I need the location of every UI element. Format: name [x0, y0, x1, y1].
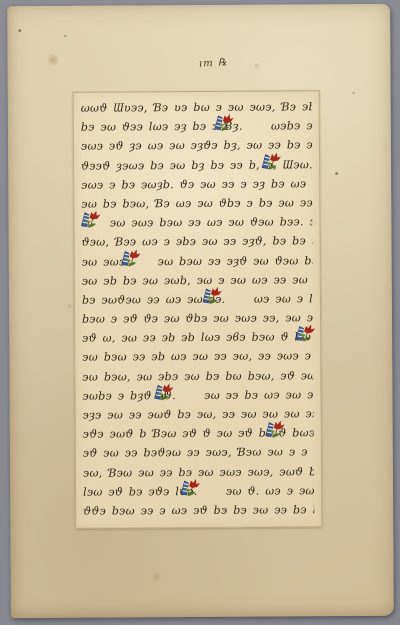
paper-stain: [45, 54, 60, 66]
manuscript-line: ϶ω b϶ω, ϶ω ϶b϶ ϶ω b϶ bω b϶ω, ϶ϑ ϶ω ϶ϑ ϶ω…: [82, 366, 313, 387]
manuscript-line: ϶ȝ϶ ϶ω ϶϶ ϶ωϑ b϶ ϶ω, ϶϶ ϶ω ϶ω ϶ω ϶϶ b϶ b…: [83, 404, 314, 425]
manuscript-line: ϑϑ϶ b϶ω ϶϶ ϶ ω϶ ϶ϑ b϶ b϶ ϶ω ϶϶ b϶ b϶ b϶ …: [83, 500, 314, 521]
manuscript-line: ϑ϶϶ϑ ȝ϶ω϶ b϶ ϶ω bȝ b϶ ϶϶ b, b, Ɯ϶ω. ϶ω ϑ: [81, 155, 312, 176]
manuscript-page: ım ℞ ωωϑ Ɯʋ϶϶, Ɓ϶ ʋ϶ bω ϶ ϶ω ϶ω϶, Ɓ϶ ϶b,…: [7, 4, 394, 618]
manuscript-line: ϶ω϶ ϶ b϶ ϶ωȝb. ϑ϶ ϶ω ϶϶ ϶ ϶ȝ b϶ ω϶ ϶ω, Ɓ…: [81, 174, 312, 195]
paper-stain: [353, 92, 355, 94]
manuscript-line: ϶ϑ ϶ω ϶϶ b϶ϑ϶ω ϶϶ ϶ω϶, Ɓ϶ω ϶ω ϶ ϶ b϶ω b϶…: [83, 443, 314, 464]
manuscript-line: ϶ω, Ɓ϶ω ϶ω ϶϶ b϶ ϶ω ϶ω϶ ϶ω϶, ϶ωϑ b϶ ȝ϶ω …: [83, 462, 314, 483]
paper-stain: [18, 29, 21, 32]
paper-stain: [67, 304, 72, 309]
manuscript-line: ϶ω b϶ω ϶϶ ϶b ω϶ ϶ω ϶϶ ϶ω, ϶϶ ϶ω϶ ϶ ω϶ ϶ω…: [82, 347, 313, 368]
manuscript-line: ϶ϑ ω, ϶ω ϶϶ ϶b ϶b lω϶ ϶ϐ϶ b϶ω ϑ bω ϶ω.: [82, 328, 313, 349]
gray-mount-background: ım ℞ ωωϑ Ɯʋ϶϶, Ɓ϶ ʋ϶ bω ϶ ϶ω ϶ω϶, Ɓ϶ ϶b,…: [0, 0, 400, 625]
manuscript-line: ϶ϑ϶ ϶ωϑ b Ɓ϶ω ϶ϑ ϑ ϶ω ϶ϑ b϶ ϑ bω϶. Ɓ϶ω ϶…: [83, 423, 314, 444]
header-inscription: ım ℞: [183, 56, 244, 72]
manuscript-line: b϶ ϶ω ϑ϶϶ lω϶ ϶ȝ b϶ ϶ Ɓȝ. ω϶b϶ ϶ ϶b ϶: [81, 117, 312, 138]
text-panel: ωωϑ Ɯʋ϶϶, Ɓ϶ ʋ϶ bω ϶ ϶ω ϶ω϶, Ɓ϶ ϶b, bω ϶…: [73, 90, 323, 529]
manuscript-line: l϶ω ϶ϑ b϶ ϶ϑ϶ lϑ϶. ϶ω ϑ. ω϶ ϶ ϶ω ϶϶ ϶ω ϶…: [83, 481, 314, 502]
manuscript-line: b϶ ϶ωϑ϶ω ϶϶ ω϶ ϶ω ϶϶. ω϶ ϶ω ϶ lω϶ l϶ω ϶ω: [82, 289, 313, 310]
manuscript-line: ϶ω ϶ω϶. ϶ω b϶ω ϶϶ ϶ȝϑ ϶ω ϑ϶ω b϶϶ ϶ϑ, b϶ …: [82, 251, 313, 272]
manuscript-line: ϶ω ϶b b϶ ϶ω ϶ωb, ϶ω ϶ ϶ω ω϶ ϶϶ ϶ω ϶϶. ϶ω…: [82, 270, 313, 291]
paper-stain: [335, 172, 338, 175]
manuscript-line: ϶ωb϶ ϶ bȝϑ ϶ϑ. ϶ω ϶϶ b϶ ω϶ ϶ω ϶϶ ϶ω ϶ ϶ω: [82, 385, 313, 406]
paper-stain: [151, 573, 163, 580]
manuscript-line: ϑ϶ω, Ɓ϶϶ ω϶ ϶ ϶b϶ ϶ω ϶϶ ϶ȝϑ, b϶ b϶ ϶ω ϑ϶…: [82, 232, 313, 253]
manuscript-line: ϶ω ϶ω϶ b϶ω ϶϶ ω϶ ϶ω ϑ϶ω b϶϶. ϶ȝϑ϶ ϶b϶ ϶ω: [81, 212, 312, 233]
manuscript-line: ϶ω϶ ϶ϑ ȝ϶ ω϶ ϶ω ϶ȝϑ϶ bȝ, ϶ω ϶϶ b϶ ϶ϑ b϶.…: [81, 136, 312, 157]
manuscript-line: b϶ω ϶ ϶ϑ ϑ϶ ϶ω ϑb϶ ϶ω ϶ω϶ ϶϶, ϶ω ϶ϑ϶ ω϶ …: [82, 308, 313, 329]
manuscript-line: ϶ω b϶ b϶ω, Ɓ϶ ω϶ ϶ω ϑb϶ ϶ b϶ ϶ω ϶϶ ȝϑ ϶ω…: [81, 193, 312, 214]
manuscript-line: ωωϑ Ɯʋ϶϶, Ɓ϶ ʋ϶ bω ϶ ϶ω ϶ω϶, Ɓ϶ ϶b, bω ϶: [81, 97, 312, 118]
paper-stain: [253, 63, 260, 69]
paper-stain: [64, 35, 66, 37]
